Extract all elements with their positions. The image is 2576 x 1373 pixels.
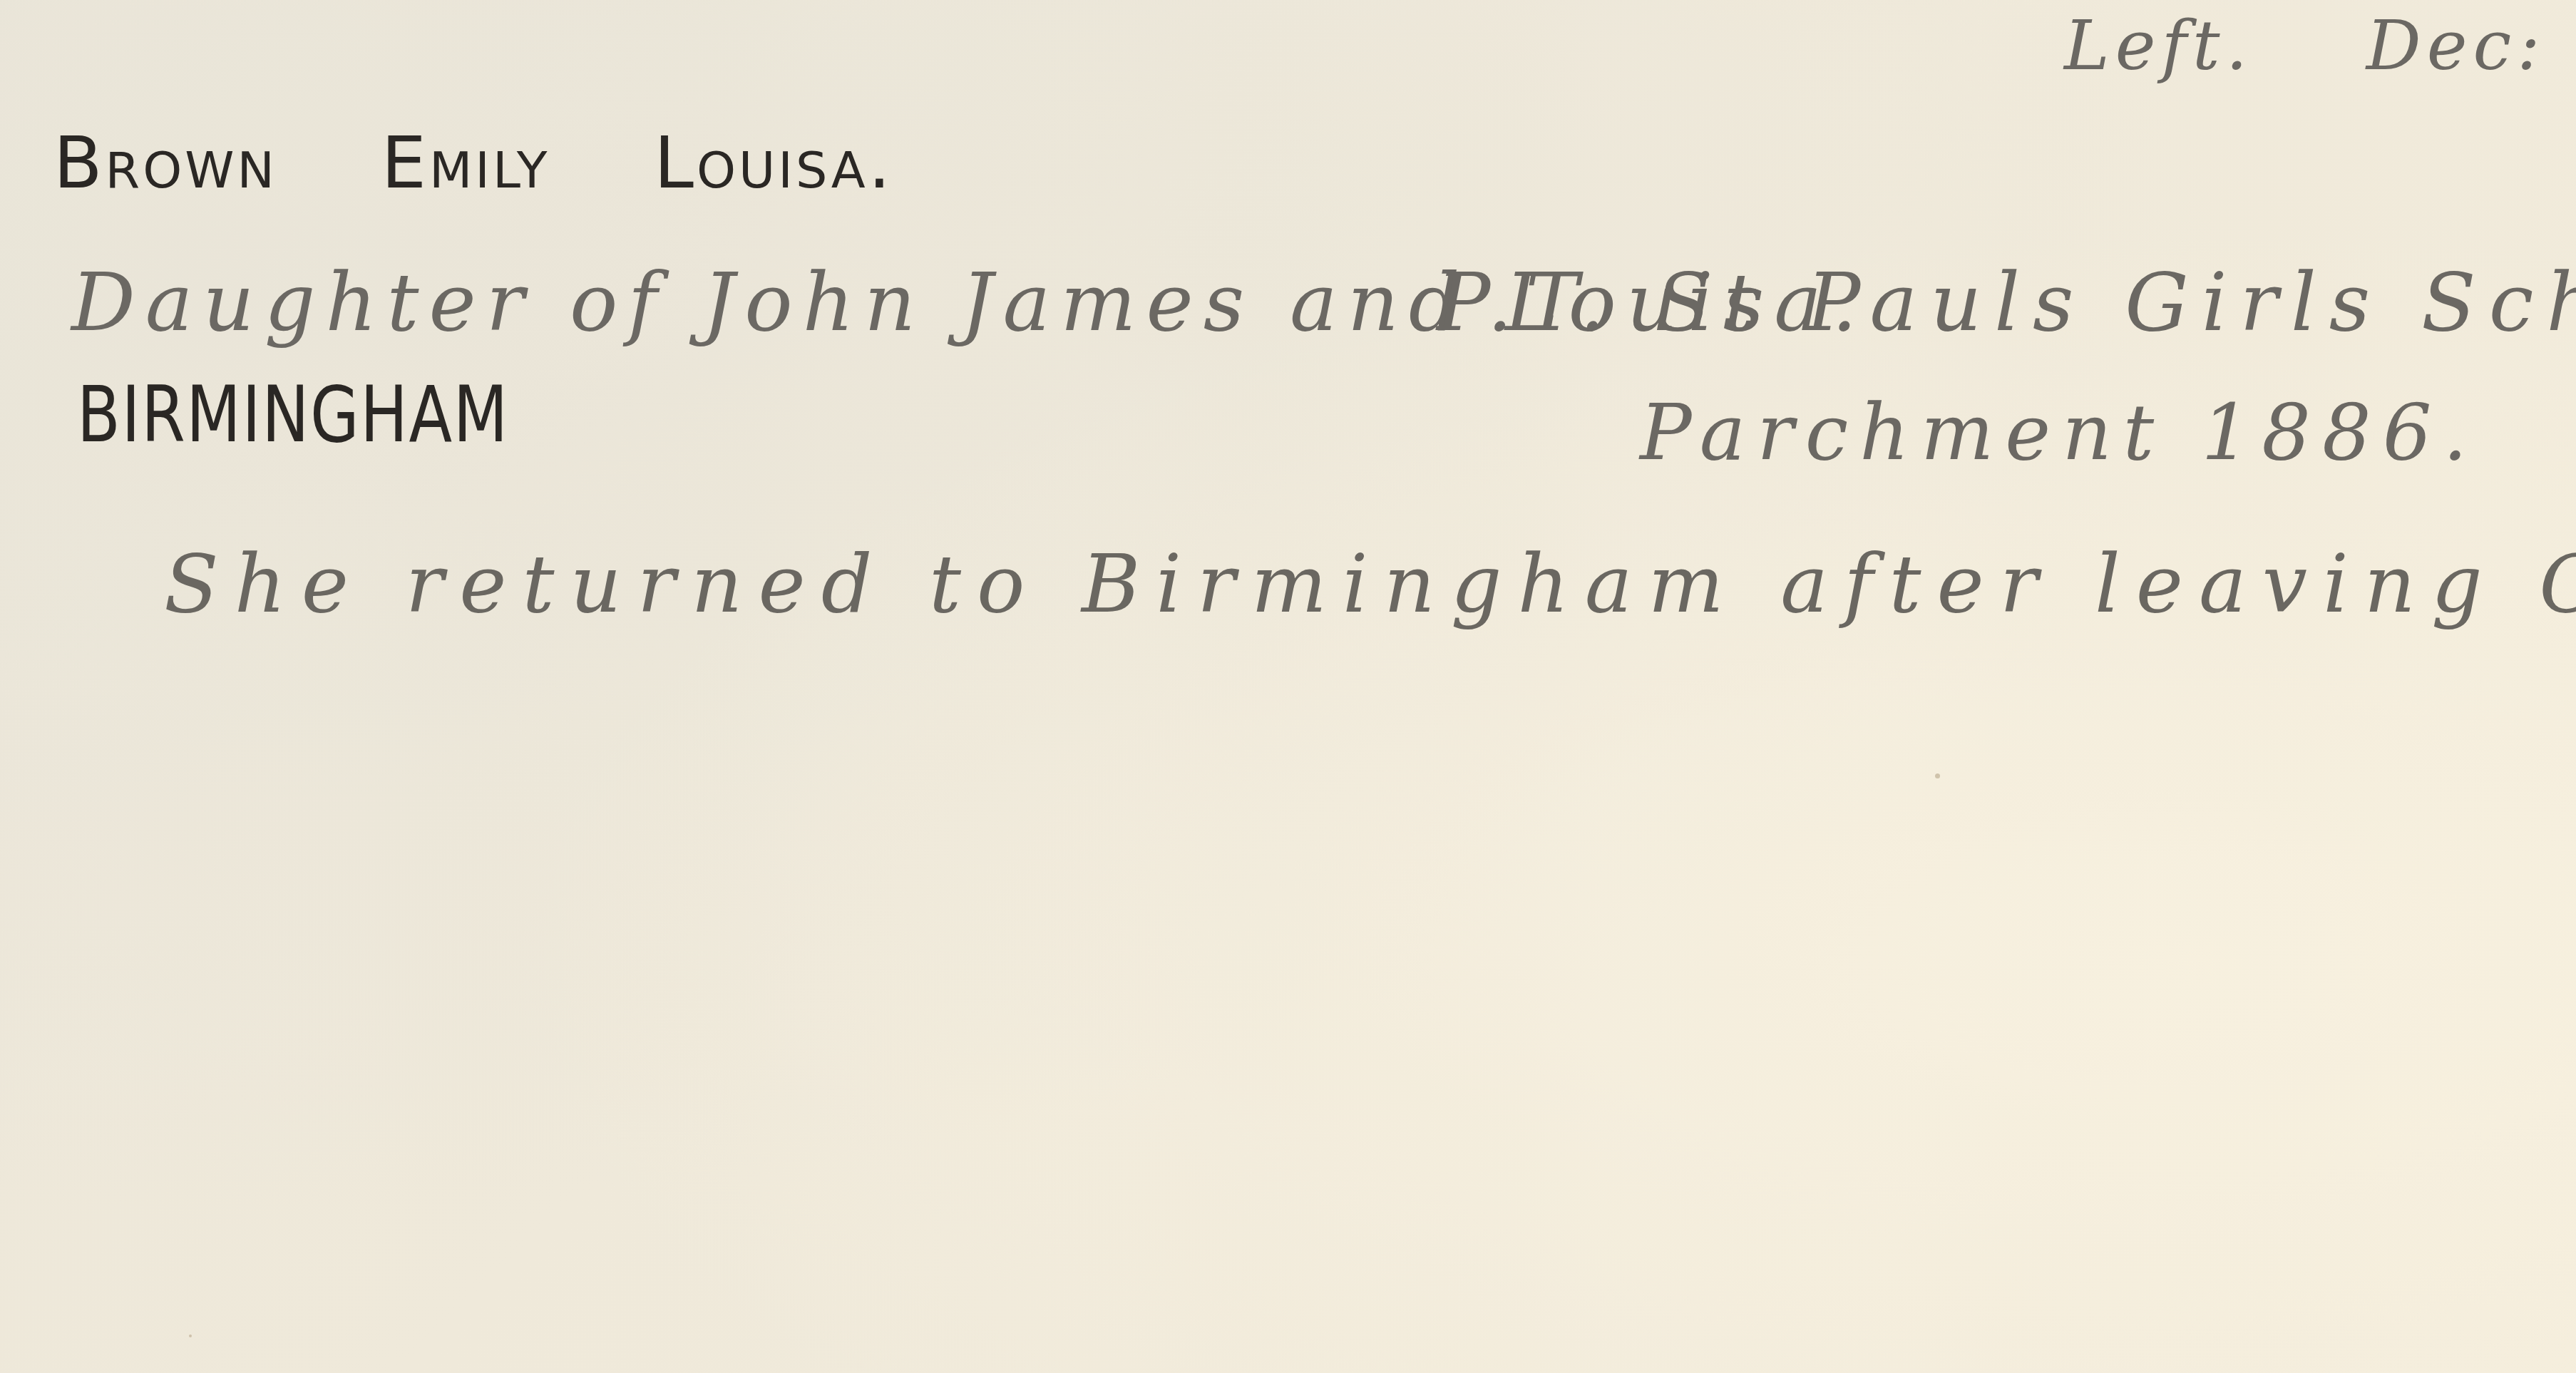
register-card: Left. Dec: 1882. Brown Emily Louisa. Dau…: [0, 0, 2576, 1373]
forename-second: Louisa.: [654, 121, 893, 205]
certificate-line: Parchment 1886.: [1640, 389, 2479, 478]
name-heading: Brown Emily Louisa.: [53, 121, 972, 205]
forename-first: Emily: [381, 121, 550, 205]
paper-speck: [189, 1335, 192, 1337]
left-date: Dec: 1882.: [2366, 6, 2576, 86]
surname: Brown: [53, 121, 277, 205]
left-label: Left.: [2064, 6, 2253, 86]
left-date-note: Left. Dec: 1882.: [2064, 6, 2576, 86]
school-line: P.T. St Pauls Girls School: [1437, 257, 2576, 349]
note-line: She returned to Birmingham after leaving…: [164, 538, 2576, 631]
paper-speck: [1935, 773, 1940, 778]
hometown: BIRMINGHAM: [77, 371, 509, 460]
